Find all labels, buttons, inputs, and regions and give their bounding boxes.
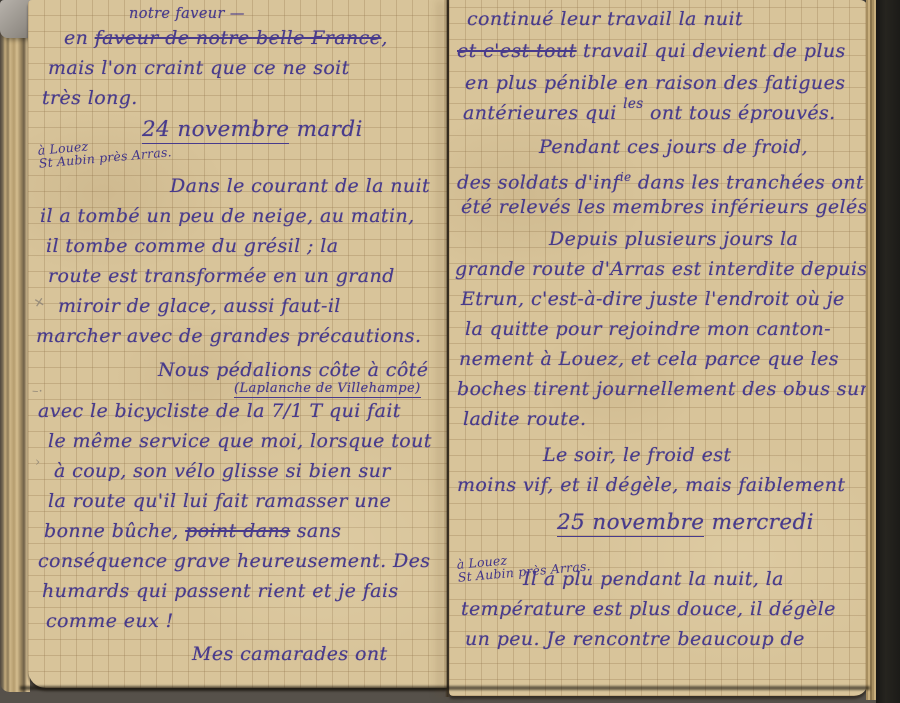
struck-text: et c'est tout [457, 40, 577, 62]
notebook-cover [876, 0, 900, 703]
handwritten-text: travail qui devient de plus [577, 40, 846, 62]
handwritten-text: la quitte pour rejoindre mon canton- [465, 318, 831, 340]
notebook-spread: notre faveur —en faveur de notre belle F… [0, 0, 900, 703]
handwritten-text: Pendant ces jours de froid, [539, 136, 808, 158]
handwritten-text: Le soir, le froid est [543, 444, 731, 466]
handwritten-text: Dans le courant de la nuit [170, 175, 430, 197]
handwritten-text: conséquence grave heureusement. Des [38, 550, 430, 572]
handwritten-line: conséquence grave heureusement. Des [34, 546, 441, 576]
struck-text: point dans [185, 520, 290, 542]
handwritten-text: des soldats d'inf [457, 171, 620, 193]
handwritten-text: ladite route. [463, 408, 586, 430]
page-bottom-shadow [20, 686, 870, 690]
handwritten-text: 25 novembre [557, 510, 704, 537]
handwritten-line: antérieures qui les ont tous éprouvés. [455, 98, 862, 128]
handwritten-line: bonne bûche, point dans sans [34, 516, 441, 546]
handwritten-text: miroir de glace, aussi faut-il [58, 295, 341, 317]
handwritten-text: à coup, son vélo glisse si bien sur [54, 460, 391, 482]
handwritten-line: et c'est tout travail qui devient de plu… [455, 36, 862, 66]
handwritten-text: marcher avec de grandes précautions. [36, 325, 421, 347]
handwritten-line: Mes camarades ont [34, 639, 441, 669]
handwritten-line: très long. [34, 83, 441, 113]
handwritten-line: ladite route. [455, 404, 862, 434]
handwritten-text: ont tous éprouvés. [644, 102, 836, 124]
handwritten-line: Dans le courant de la nuit [34, 171, 441, 201]
handwritten-line: comme eux ! [34, 606, 441, 636]
handwritten-text: un peu. Je rencontre beaucoup de [465, 628, 805, 650]
handwritten-line: Depuis plusieurs jours la [455, 224, 862, 254]
handwritten-line: avec le bicycliste de la 7/1 T qui fait [34, 396, 441, 426]
handwritten-line: notre faveur — [34, 6, 441, 23]
handwritten-line: à coup, son vélo glisse si bien sur [34, 456, 441, 486]
handwritten-text: Etrun, c'est-à-dire juste l'endroit où j… [461, 288, 845, 310]
handwritten-text: très long. [42, 87, 138, 109]
handwritten-line: (Laplanche de Villehampe) [34, 382, 441, 397]
handwritten-text: route est transformée en un grand [48, 265, 395, 287]
handwritten-text: mercredi [704, 510, 814, 535]
right-page: continué leur travail la nuitet c'est to… [449, 0, 868, 696]
handwritten-text: grande route d'Arras est interdite depui… [455, 258, 867, 280]
handwritten-text: notre faveur — [129, 6, 245, 22]
handwritten-line: moins vif, et il dégèle, mais faiblement [455, 470, 862, 500]
handwritten-text: en [64, 27, 95, 49]
handwritten-line: le même service que moi, lorsque tout [34, 426, 441, 456]
handwritten-text: été relevés les membres inférieurs gelés… [461, 196, 882, 218]
handwritten-text: moins vif, et il dégèle, mais faiblement [457, 474, 845, 496]
handwritten-text: les [623, 96, 643, 112]
handwritten-line: mais l'on craint que ce ne soit [34, 53, 441, 83]
handwritten-line: la quitte pour rejoindre mon canton- [455, 314, 862, 344]
handwritten-line: il tombe comme du grésil ; la [34, 231, 441, 261]
handwritten-text: boches tirent journellement des obus sur [457, 378, 869, 400]
handwritten-text: mardi [289, 117, 362, 142]
handwritten-text: nement à Louez, et cela parce que les [459, 348, 839, 370]
handwritten-line: nement à Louez, et cela parce que les [455, 344, 862, 374]
handwritten-line: un peu. Je rencontre beaucoup de [455, 624, 862, 654]
handwritten-line: été relevés les membres inférieurs gelés… [455, 192, 862, 222]
handwritten-text: comme eux ! [46, 610, 174, 632]
handwritten-text: , [381, 27, 387, 49]
left-page-edges [0, 0, 30, 692]
handwritten-line: humards qui passent rient et je fais [34, 576, 441, 606]
handwritten-text: en plus pénible en raison des fatigues [465, 72, 845, 94]
handwritten-text: température est plus douce, il dégèle [461, 598, 836, 620]
handwritten-text: continué leur travail la nuit [467, 8, 743, 30]
handwritten-text: ie [620, 170, 632, 184]
handwritten-text: antérieures qui [463, 102, 623, 124]
handwritten-line: la route qu'il lui fait ramasser une [34, 486, 441, 516]
struck-text: faveur de notre belle France [95, 27, 382, 49]
handwritten-text: dans les tranchées ont [631, 171, 864, 193]
handwritten-line: en faveur de notre belle France, [34, 23, 441, 53]
handwritten-text: bonne bûche, [44, 520, 185, 542]
handwritten-text: la route qu'il lui fait ramasser une [48, 490, 391, 512]
handwritten-text: il a tombé un peu de neige, au matin, [40, 205, 415, 227]
handwritten-text: Nous pédalions côte à côté [158, 359, 428, 381]
handwritten-line: grande route d'Arras est interdite depui… [455, 254, 862, 284]
date-heading: 25 novembre mercredi [455, 508, 862, 538]
handwritten-text: humards qui passent rient et je fais [42, 580, 399, 602]
handwritten-line: température est plus douce, il dégèle [455, 594, 862, 624]
left-page: notre faveur —en faveur de notre belle F… [28, 0, 447, 688]
handwritten-text: le même service que moi, lorsque tout [48, 430, 432, 452]
handwritten-line: boches tirent journellement des obus sur [455, 374, 862, 404]
handwritten-line: route est transformée en un grand [34, 261, 441, 291]
handwritten-line: miroir de glace, aussi faut-il [34, 291, 441, 321]
handwritten-line: il a tombé un peu de neige, au matin, [34, 201, 441, 231]
handwritten-line: en plus pénible en raison des fatigues [455, 68, 862, 98]
pencil-mark: › [35, 455, 40, 470]
handwritten-line: Etrun, c'est-à-dire juste l'endroit où j… [455, 284, 862, 314]
handwritten-line: Pendant ces jours de froid, [455, 132, 862, 162]
handwritten-text: Depuis plusieurs jours la [549, 228, 798, 250]
handwritten-text: avec le bicycliste de la 7/1 T qui fait [38, 400, 401, 422]
handwritten-line: marcher avec de grandes précautions. [34, 321, 441, 351]
handwritten-text: sans [290, 520, 341, 542]
handwritten-line: Le soir, le froid est [455, 440, 862, 470]
handwritten-line: des soldats d'infie dans les tranchées o… [455, 162, 862, 192]
handwritten-line: continué leur travail la nuit [455, 4, 862, 34]
handwritten-text: il tombe comme du grésil ; la [46, 235, 338, 257]
handwritten-text: Mes camarades ont [192, 643, 388, 665]
left-page-text: notre faveur —en faveur de notre belle F… [28, 0, 447, 669]
pencil-mark: –· [31, 384, 43, 400]
handwritten-text: mais l'on craint que ce ne soit [48, 57, 350, 79]
